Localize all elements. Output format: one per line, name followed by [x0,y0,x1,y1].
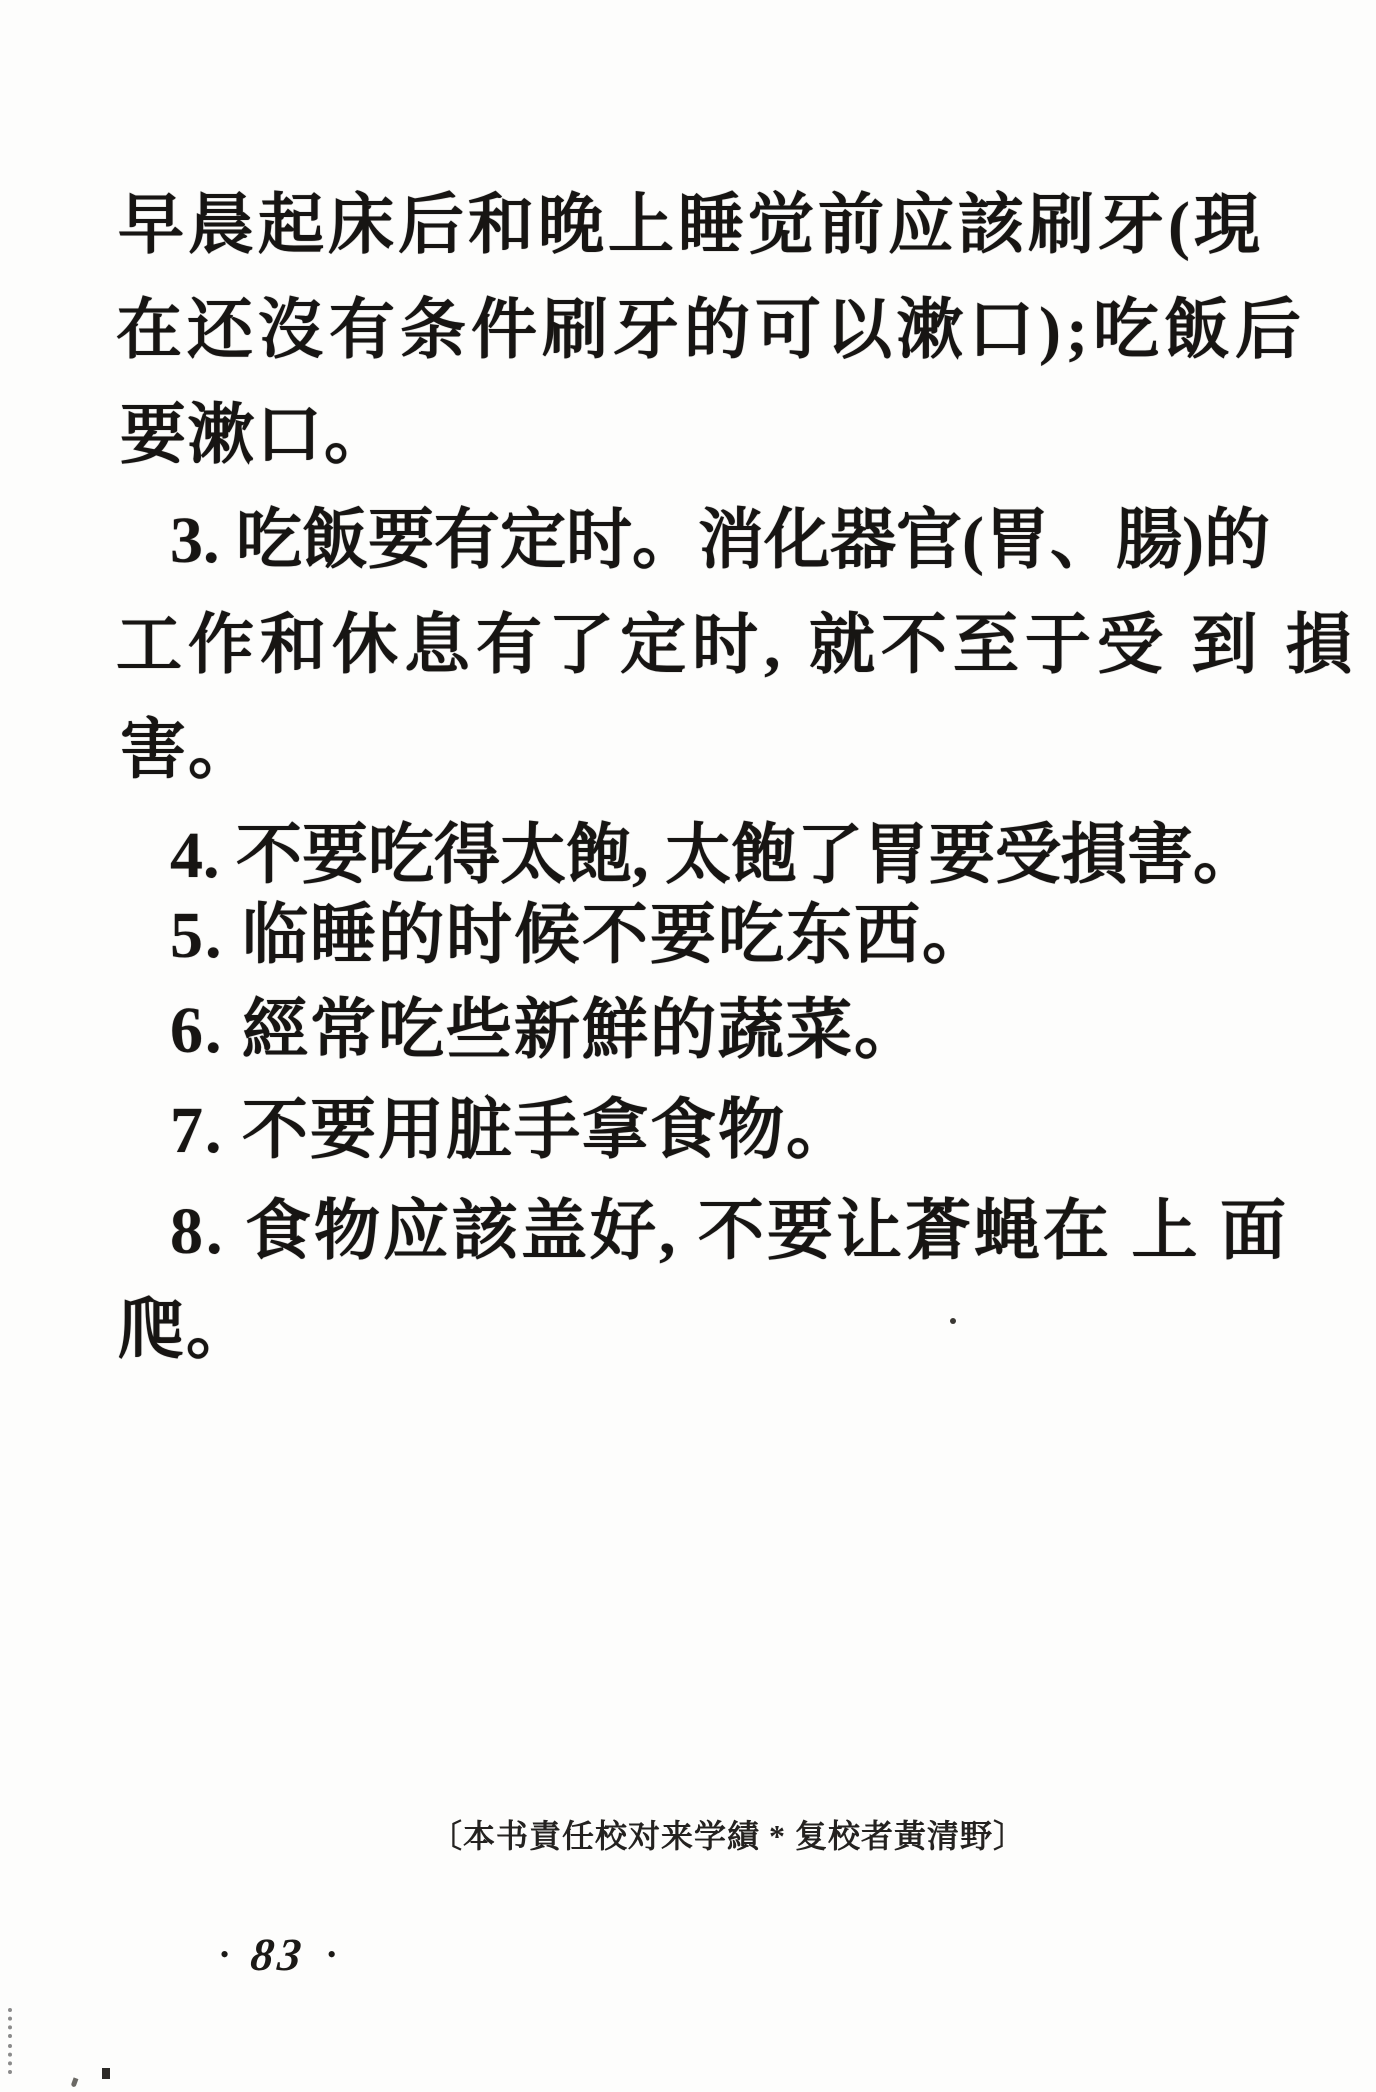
text-line-1: 早晨起床后和晚上睡觉前应該刷牙(現 [118,180,1264,272]
text-line-8-item-5: 5. 临睡的时候不要吃东西。 [170,890,990,982]
scan-noise-speck [71,2077,79,2087]
text-line-3: 要漱口。 [120,390,392,482]
text-line-12: 爬。 [118,1285,254,1377]
text-line-5: 工作和休息有了定时, 就不至于受 到 損 [116,600,1358,692]
text-line-4-item-3: 3. 吃飯要有定时。消化器官(胃、腸)的 [170,495,1270,587]
colophon: 〔本书責任校对来学績 * 复校者黃清野〕 [430,1812,1026,1860]
scan-noise-mark [8,2044,12,2074]
text-line-7-item-4: 4. 不要吃得太飽, 太飽了胃要受損害。 [170,810,1259,902]
text-line-9-item-6: 6. 經常吃些新鮮的蔬菜。 [170,985,922,1077]
text-line-2: 在还沒有条件刷牙的可以漱口);吃飯后 [116,285,1306,377]
text-line-10-item-7: 7. 不要用脏手拿食物。 [170,1085,854,1177]
page-number-dot-left: • [220,1942,229,1968]
scanned-book-page: 早晨起床后和晚上睡觉前应該刷牙(現 在还沒有条件刷牙的可以漱口);吃飯后 要漱口… [0,0,1376,2092]
text-line-6: 害。 [120,705,256,797]
page-number-value: 83 [248,1928,308,1981]
scan-noise-speck [102,2068,110,2079]
scan-noise-mark [8,2008,12,2038]
page-number: • 83 • [220,1928,336,1981]
stray-ink-dot [950,1318,956,1324]
page-number-dot-right: • [327,1942,336,1968]
text-line-11-item-8: 8. 食物应該盖好, 不要让蒼蝇在 上 面 [170,1186,1289,1278]
